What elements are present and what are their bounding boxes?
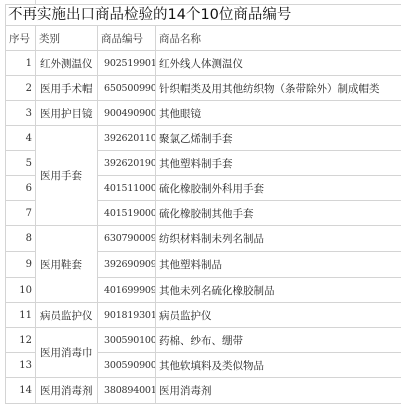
- row-name: 红外线人体测温仪: [156, 51, 401, 76]
- row-category: 医用手套: [36, 126, 98, 226]
- row-no: 5: [6, 151, 36, 176]
- row-code: 3926909090: [98, 252, 156, 278]
- row-no: 10: [6, 278, 36, 303]
- row-name: 病员监护仪: [156, 303, 401, 328]
- table-row: 2 医用手术帽 6505009900 针织帽类及用其他纺织物（条带除外）制成帽类: [6, 76, 401, 101]
- row-no: 9: [6, 252, 36, 278]
- commodity-code-table: 不再实施出口商品检验的14个10位商品编号 序号 类别 商品编号 商品名称 1 …: [5, 4, 401, 404]
- row-no: 4: [6, 126, 36, 151]
- row-no: 2: [6, 76, 36, 101]
- row-code: 9025199010: [98, 51, 156, 76]
- row-category: 医用手术帽: [36, 76, 98, 101]
- row-category: 医用护目镜: [36, 101, 98, 126]
- row-no: 1: [6, 51, 36, 76]
- row-no: 7: [6, 201, 36, 226]
- row-no: 6: [6, 176, 36, 201]
- row-no: 11: [6, 303, 36, 328]
- header-code: 商品编号: [98, 26, 156, 51]
- row-code: 6307900090: [98, 226, 156, 252]
- row-name: 医用消毒剂: [156, 378, 401, 404]
- row-code: 3005901000: [98, 328, 156, 353]
- header-category: 类别: [36, 26, 98, 51]
- table-title: 不再实施出口商品检验的14个10位商品编号: [6, 5, 401, 26]
- row-code: 3808940010: [98, 378, 156, 404]
- row-no: 13: [6, 353, 36, 378]
- row-no: 8: [6, 226, 36, 252]
- row-name: 硫化橡胶制其他手套: [156, 201, 401, 226]
- header-name: 商品名称: [156, 26, 401, 51]
- table-row: 12 医用消毒巾 3005901000 药棉、纱布、绷带: [6, 328, 401, 353]
- row-no: 3: [6, 101, 36, 126]
- row-name: 其他软填料及类似物品: [156, 353, 401, 378]
- row-no: 14: [6, 378, 36, 404]
- row-code: 4015110000: [98, 176, 156, 201]
- row-name: 其他塑料制品: [156, 252, 401, 278]
- table-row: 1 红外测温仪 9025199010 红外线人体测温仪: [6, 51, 401, 76]
- row-code: 4016999090: [98, 278, 156, 303]
- row-code: 3926201100: [98, 126, 156, 151]
- row-code: 3005909000: [98, 353, 156, 378]
- table-row: 3 医用护目镜 9004909000 其他眼镜: [6, 101, 401, 126]
- row-category: 红外测温仪: [36, 51, 98, 76]
- header-row: 序号 类别 商品编号 商品名称: [6, 26, 401, 51]
- row-name: 其他眼镜: [156, 101, 401, 126]
- row-category: 病员监护仪: [36, 303, 98, 328]
- row-code: 6505009900: [98, 76, 156, 101]
- row-code: 9004909000: [98, 101, 156, 126]
- row-code: 9018193010: [98, 303, 156, 328]
- table-row: 4 医用手套 3926201100 聚氯乙烯制手套: [6, 126, 401, 151]
- row-no: 12: [6, 328, 36, 353]
- row-name: 纺织材料制未列名制品: [156, 226, 401, 252]
- row-name: 针织帽类及用其他纺织物（条带除外）制成帽类: [156, 76, 401, 101]
- row-name: 硫化橡胶制外科用手套: [156, 176, 401, 201]
- row-code: 4015190000: [98, 201, 156, 226]
- table-row: 11 病员监护仪 9018193010 病员监护仪: [6, 303, 401, 328]
- row-name: 聚氯乙烯制手套: [156, 126, 401, 151]
- row-category: 医用消毒巾: [36, 328, 98, 378]
- row-code: 3926201900: [98, 151, 156, 176]
- row-category: 医用消毒剂: [36, 378, 98, 404]
- table-row: 8 医用鞋套 6307900090 纺织材料制未列名制品: [6, 226, 401, 252]
- row-name: 药棉、纱布、绷带: [156, 328, 401, 353]
- row-name: 其他未列名硫化橡胶制品: [156, 278, 401, 303]
- header-no: 序号: [6, 26, 36, 51]
- row-category: 医用鞋套: [36, 226, 98, 303]
- table-row: 14 医用消毒剂 3808940010 医用消毒剂: [6, 378, 401, 404]
- row-name: 其他塑料制手套: [156, 151, 401, 176]
